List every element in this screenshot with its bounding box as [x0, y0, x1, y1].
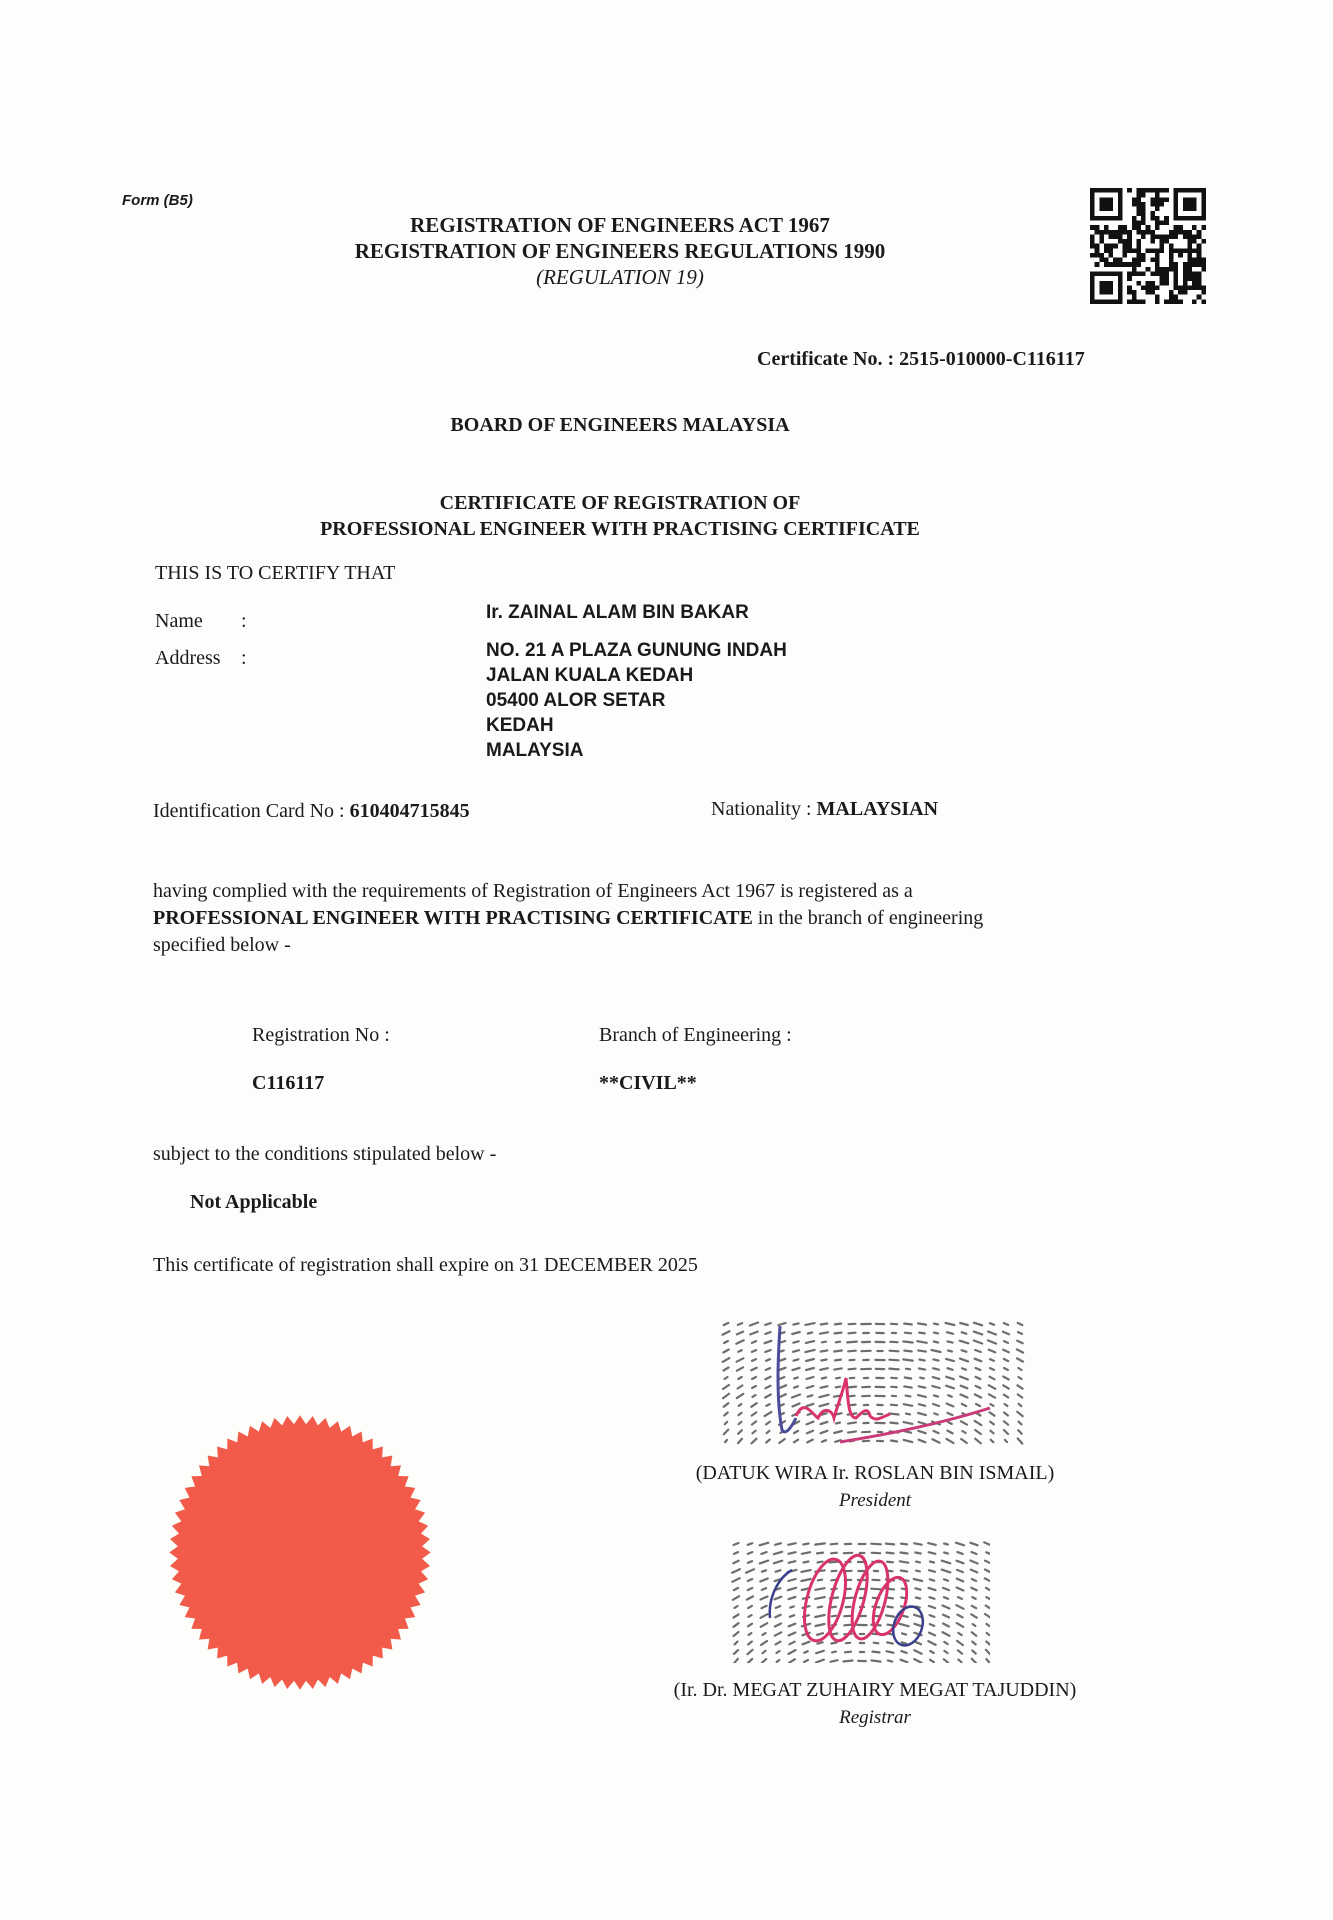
registration-no-label: Registration No :: [252, 1024, 390, 1047]
registrar-title: Registrar: [580, 1707, 1170, 1729]
address-line: NO. 21 A PLAZA GUNUNG INDAH: [486, 638, 787, 663]
certificate-title-line2: PROFESSIONAL ENGINEER WITH PRACTISING CE…: [200, 516, 1040, 542]
paragraph-bold: PROFESSIONAL ENGINEER WITH PRACTISING CE…: [153, 907, 753, 929]
nationality: Nationality : MALAYSIAN: [711, 798, 938, 821]
paragraph-line3: specified below -: [153, 932, 1153, 959]
address-line: KEDAH: [486, 713, 787, 738]
branch-label: Branch of Engineering :: [599, 1024, 792, 1047]
registrar-name: (Ir. Dr. MEGAT ZUHAIRY MEGAT TAJUDDIN): [580, 1679, 1170, 1702]
expiry-text: This certificate of registration shall e…: [153, 1254, 698, 1277]
branch-value: **CIVIL**: [599, 1072, 697, 1095]
paragraph-tail: in the branch of engineering: [753, 907, 983, 929]
certificate-title-line1: CERTIFICATE OF REGISTRATION OF: [200, 490, 1040, 516]
certify-text: THIS IS TO CERTIFY THAT: [155, 562, 395, 585]
name-colon: :: [241, 610, 247, 633]
name-value: Ir. ZAINAL ALAM BIN BAKAR: [486, 602, 749, 624]
header-line-act: REGISTRATION OF ENGINEERS ACT 1967: [300, 212, 940, 238]
president-signature-icon: [720, 1318, 1030, 1448]
conditions-label: subject to the conditions stipulated bel…: [153, 1143, 496, 1166]
ic-value: 610404715845: [350, 800, 470, 822]
form-label: Form (B5): [122, 192, 193, 209]
address-label: Address: [155, 647, 221, 670]
header-line-regulations: REGISTRATION OF ENGINEERS REGULATIONS 19…: [300, 238, 940, 264]
paragraph-line1: having complied with the requirements of…: [153, 878, 1153, 905]
address-value: NO. 21 A PLAZA GUNUNG INDAH JALAN KUALA …: [486, 638, 787, 763]
paragraph-line2: PROFESSIONAL ENGINEER WITH PRACTISING CE…: [153, 905, 1153, 932]
ic-number: Identification Card No : 610404715845: [153, 800, 470, 823]
nationality-label: Nationality :: [711, 798, 817, 820]
nationality-value: MALAYSIAN: [817, 798, 939, 820]
certificate-number: Certificate No. : 2515-010000-C116117: [757, 348, 1085, 371]
red-seal-icon: [160, 1405, 440, 1700]
act-header: REGISTRATION OF ENGINEERS ACT 1967 REGIS…: [300, 212, 940, 290]
header-line-regulation-19: (REGULATION 19): [300, 264, 940, 290]
address-line: 05400 ALOR SETAR: [486, 688, 787, 713]
ic-label: Identification Card No :: [153, 800, 350, 822]
board-name: BOARD OF ENGINEERS MALAYSIA: [300, 414, 940, 437]
name-label: Name: [155, 610, 203, 633]
president-title: President: [600, 1490, 1150, 1512]
qr-code-icon[interactable]: [1090, 188, 1206, 304]
address-colon: :: [241, 647, 247, 670]
address-line: JALAN KUALA KEDAH: [486, 663, 787, 688]
president-name: (DATUK WIRA Ir. ROSLAN BIN ISMAIL): [600, 1462, 1150, 1485]
registrar-signature-icon: [730, 1538, 990, 1663]
registration-no-value: C116117: [252, 1072, 324, 1095]
address-line: MALAYSIA: [486, 738, 787, 763]
conditions-value: Not Applicable: [190, 1191, 317, 1214]
compliance-paragraph: having complied with the requirements of…: [153, 878, 1153, 959]
certificate-title: CERTIFICATE OF REGISTRATION OF PROFESSIO…: [200, 490, 1040, 542]
